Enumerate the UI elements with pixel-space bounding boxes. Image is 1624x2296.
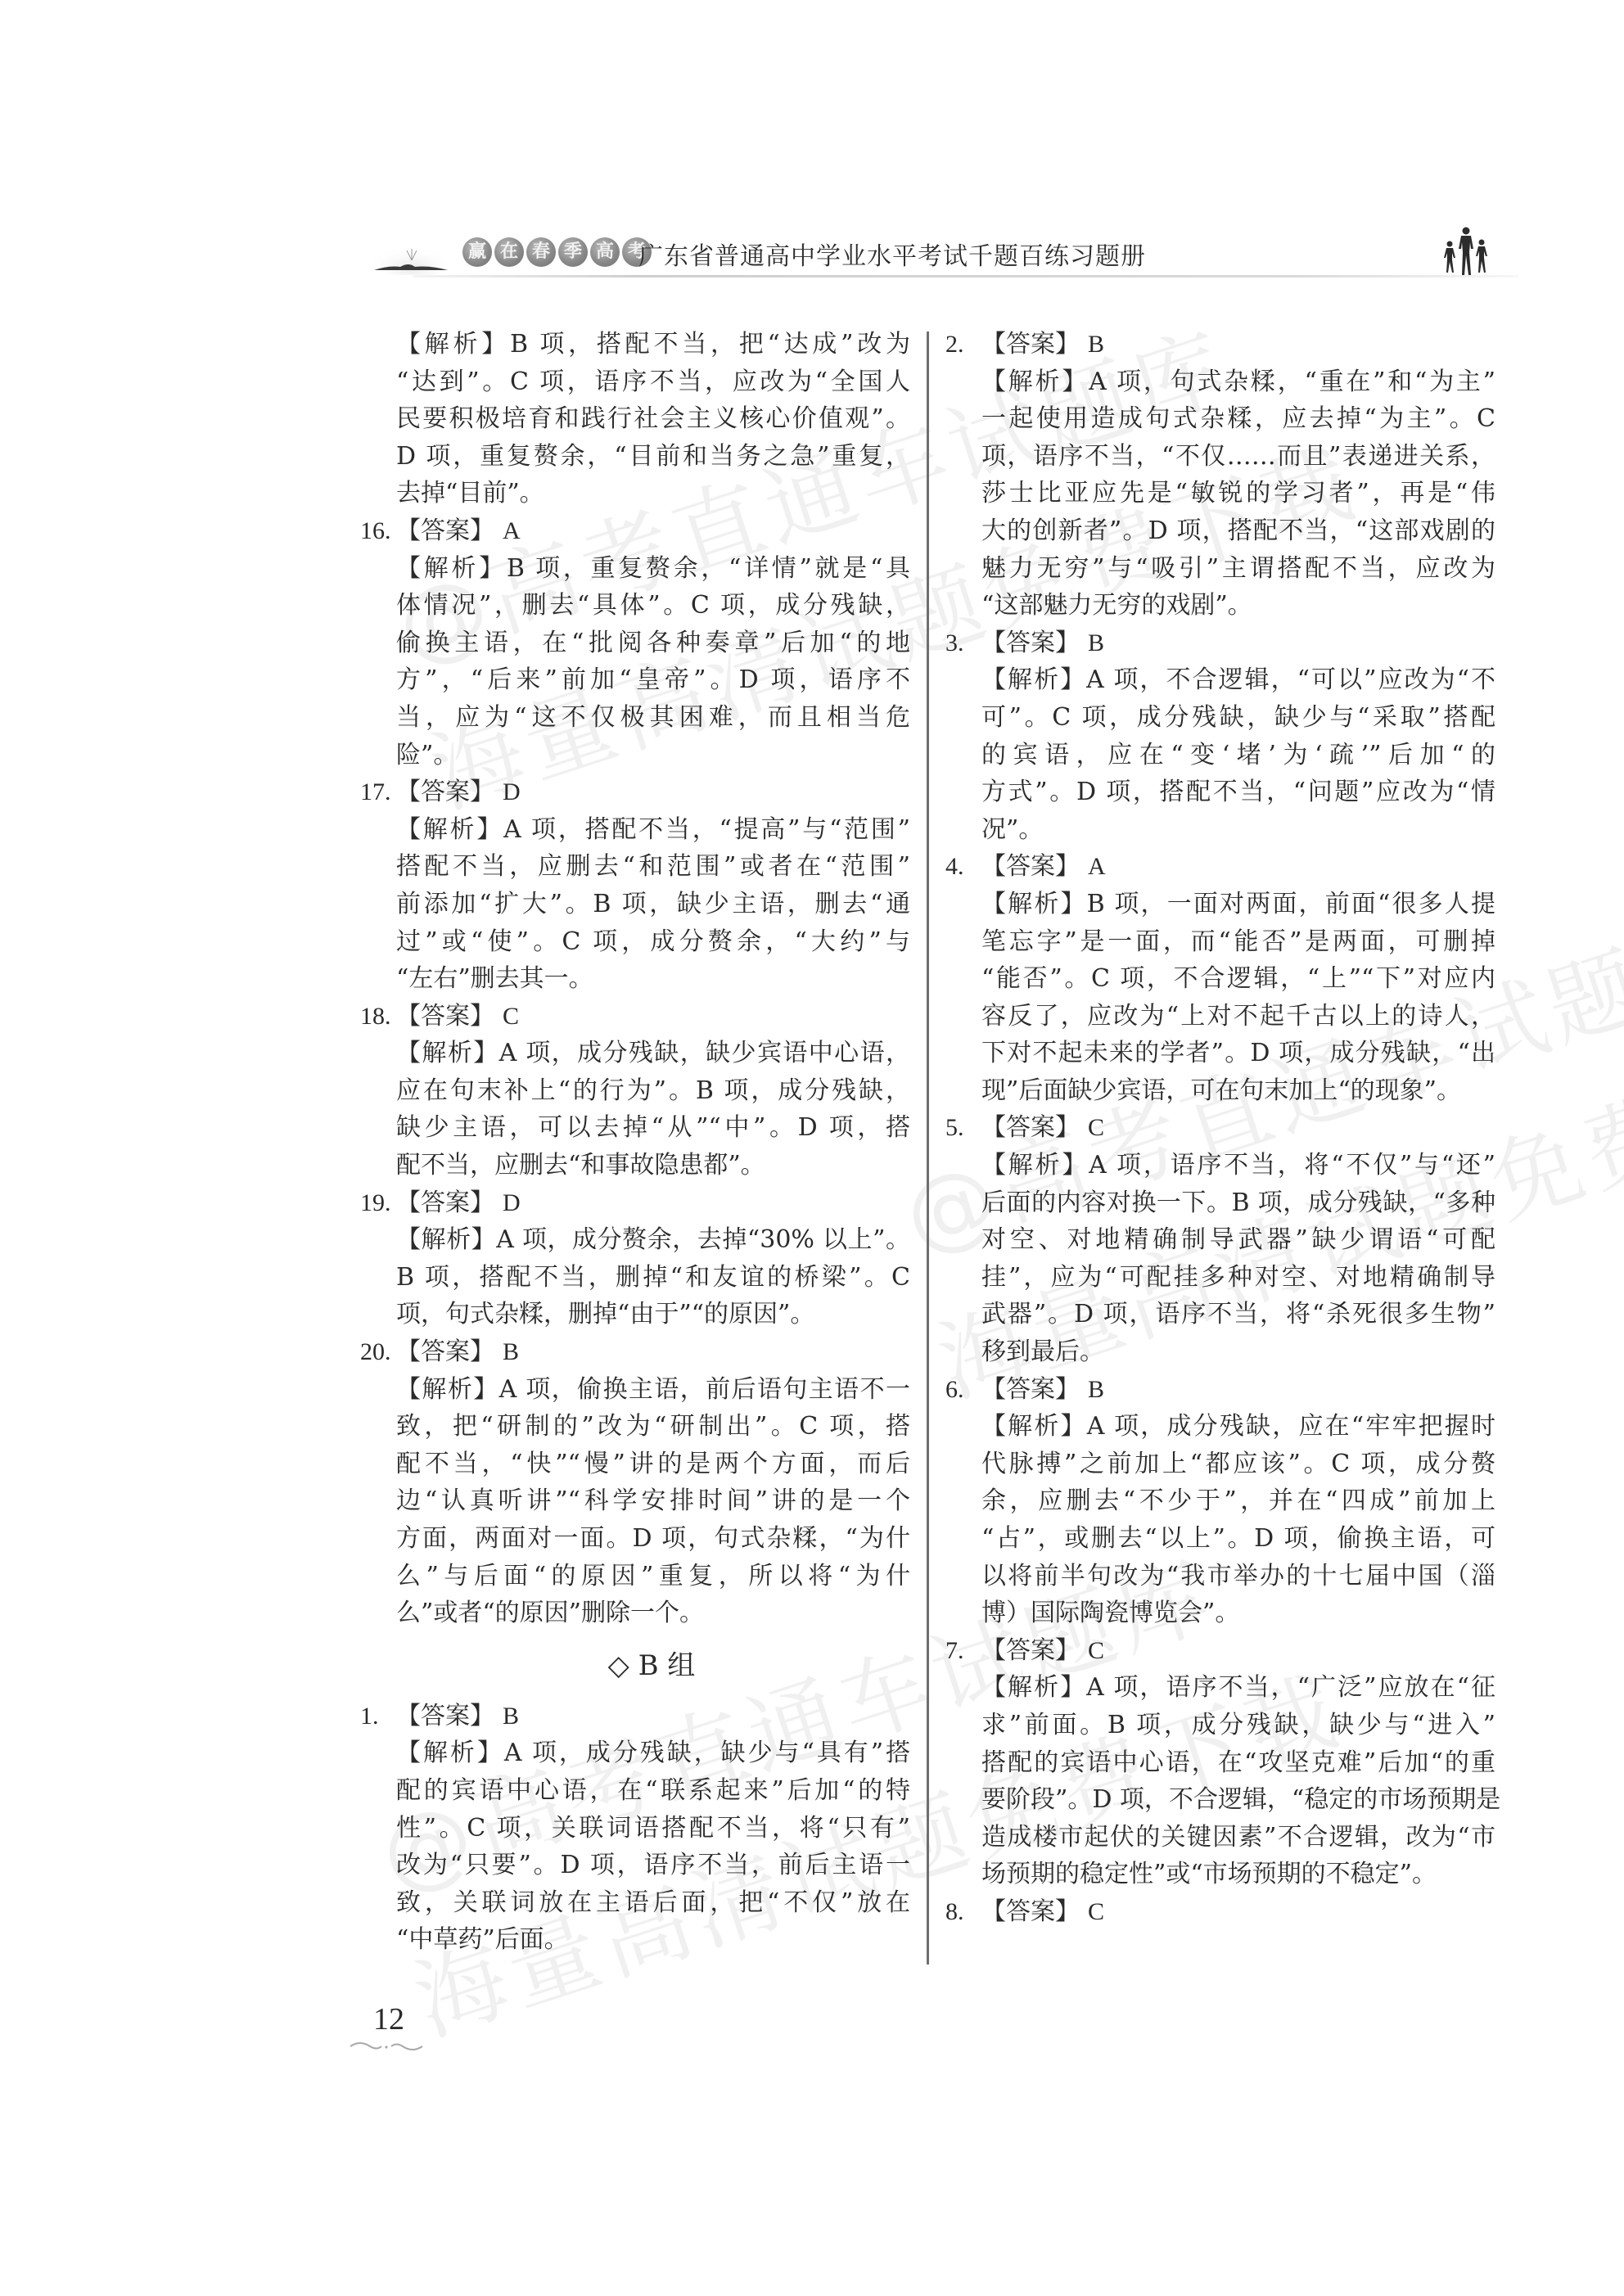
brand-badge-char: 季 [558, 237, 588, 267]
answer-label: 【答案】 [981, 1371, 1080, 1409]
item-number: 5. [945, 1109, 981, 1147]
item-number: 17. [360, 774, 396, 811]
answer-line: 19. 【答案】 D [360, 1184, 910, 1222]
answer-value: B [1088, 326, 1104, 363]
analysis-line: 要阶段”。D 项，不合逻辑，“稳定的市场预期是 [981, 1781, 1495, 1819]
analysis-line: 下对不起未来的学者”。D 项，成分残缺，“出 [981, 1035, 1495, 1072]
book-title: 广东省普通高中学业水平考试千题百练习题册 [638, 236, 1146, 272]
answer-label: 【答案】 [981, 326, 1080, 363]
answer-item-20: 20. 【答案】 B 【解析】A 项，偷换主语，前后语句主语不一 致，把“研制的… [360, 1333, 910, 1632]
answer-value: A [503, 512, 521, 550]
analysis-line: 缺少主语，可以去掉“从”“中”。D 项，搭 [396, 1109, 910, 1147]
analysis-line: 莎士比亚应先是“敏锐的学习者”，再是“伟 [981, 475, 1495, 512]
answer-value: C [1088, 1632, 1104, 1670]
analysis-line: 过”或“使”。C 项，成分赘余，“大约”与 [396, 923, 910, 961]
column-divider [927, 332, 929, 1964]
answer-line: 1. 【答案】 B [360, 1698, 910, 1735]
analysis-line: 配的宾语中心语，在“联系起来”后加“的特 [396, 1772, 910, 1810]
analysis-text: 【解析】A 项，成分赘余，去掉“30% 以上”。 B 项，搭配不当，删掉“和友谊… [396, 1221, 910, 1333]
runners-icon [1437, 226, 1494, 277]
answer-item-16: 16. 【答案】 A 【解析】B 项，重复赘余，“详情”就是“具 体情况”，删去… [360, 512, 910, 774]
analysis-line: 大的创新者”。D 项，搭配不当，“这部戏剧的 [981, 512, 1495, 550]
answer-item-b1: 1. 【答案】 B 【解析】A 项，成分残缺，缺少与“具有”搭 配的宾语中心语，… [360, 1698, 910, 1959]
analysis-text: 【解析】A 项，语序不当，“广泛”应放在“征 求”前面。B 项，成分残缺，缺少与… [981, 1669, 1495, 1893]
answer-line: 20. 【答案】 B [360, 1333, 910, 1371]
analysis-line: 方面，两面对一面。D 项，句式杂糅，“为什 [396, 1520, 910, 1558]
item-number: 3. [945, 625, 981, 662]
answer-item-2: 2. 【答案】 B 【解析】A 项，句式杂糅，“重在”和“为主” 一起使用造成句… [945, 326, 1495, 625]
analysis-line: “达到”。C 项，语序不当，应改为“全国人 [396, 363, 910, 401]
answer-label: 【答案】 [981, 1632, 1080, 1670]
analysis-line: 搭配不当，应删去“和范围”或者在“范围” [396, 848, 910, 886]
group-heading-b: ◇ B 组 [360, 1637, 910, 1694]
answer-item-6: 6. 【答案】 B 【解析】A 项，成分残缺，应在“牢牢把握时 代脉搏”之前加上… [945, 1371, 1495, 1632]
analysis-line: 当，应为“这不仅极其困难，而且相当危 [396, 699, 910, 737]
analysis-line: 致，把“研制的”改为“研制出”。C 项，搭 [396, 1408, 910, 1446]
analysis-line: 【解析】B 项，搭配不当，把“达成”改为 [396, 326, 910, 363]
answer-line: 16. 【答案】 A [360, 512, 910, 550]
analysis-line: 可”。C 项，成分残缺，缺少与“采取”搭配 [981, 699, 1495, 737]
analysis-text: 【解析】A 项，偷换主语，前后语句主语不一 致，把“研制的”改为“研制出”。C … [396, 1371, 910, 1632]
analysis-text: 【解析】A 项，句式杂糅，“重在”和“为主” 一起使用造成句式杂糅，应去掉“为主… [981, 363, 1495, 625]
answer-line: 2. 【答案】 B [945, 326, 1495, 363]
analysis-line: 以将前半句改为“我市举办的十七届中国（淄 [981, 1558, 1495, 1595]
brand-badge-char: 高 [590, 237, 620, 267]
answer-label: 【答案】 [981, 625, 1080, 662]
analysis-line: 武器”。D 项，语序不当，将“杀死很多生物” [981, 1296, 1495, 1333]
analysis-line: 【解析】A 项，语序不当，将“不仅”与“还” [981, 1147, 1495, 1184]
answer-line: 18. 【答案】 C [360, 998, 910, 1035]
analysis-line: 况”。 [981, 811, 1495, 849]
brand-badge-char: 春 [526, 237, 556, 267]
analysis-line: 方式”。D 项，搭配不当，“问题”应改为“情 [981, 774, 1495, 811]
answer-item-5: 5. 【答案】 C 【解析】A 项，语序不当，将“不仅”与“还” 后面的内容对换… [945, 1109, 1495, 1370]
answer-line: 5. 【答案】 C [945, 1109, 1495, 1147]
page-ornament-icon [345, 2040, 427, 2053]
answer-item-4: 4. 【答案】 A 【解析】B 项，一面对两面，前面“很多人提 笔忘字”是一面，… [945, 848, 1495, 1109]
answer-item-18: 18. 【答案】 C 【解析】A 项，成分残缺，缺少宾语中心语， 应在句末补上“… [360, 998, 910, 1184]
answer-value: B [503, 1698, 519, 1735]
analysis-line: 前添加“扩大”。B 项，缺少主语，删去“通 [396, 886, 910, 923]
analysis-line: 【解析】A 项，成分残缺，应在“牢牢把握时 [981, 1408, 1495, 1446]
answer-value: B [503, 1333, 519, 1371]
analysis-line: 致，关联词放在主语后面，把“不仅”放在 [396, 1884, 910, 1922]
analysis-line: “中草药”后面。 [396, 1921, 910, 1959]
analysis-line: 移到最后。 [981, 1333, 1495, 1371]
analysis-text: 【解析】A 项，成分残缺，缺少宾语中心语， 应在句末补上“的行为”。B 项，成分… [396, 1035, 910, 1184]
brand-badge-char: 赢 [462, 237, 492, 267]
analysis-line: 后面的内容对换一下。B 项，成分残缺，“多种 [981, 1184, 1495, 1222]
analysis-line: 【解析】B 项，一面对两面，前面“很多人提 [981, 886, 1495, 923]
item-number: 16. [360, 512, 396, 550]
analysis-line: 现”后面缺少宾语，可在句末加上“的现象”。 [981, 1072, 1495, 1110]
analysis-text: 【解析】B 项，重复赘余，“详情”就是“具 体情况”，删去“具体”。C 项，成分… [396, 550, 910, 774]
answer-line: 3. 【答案】 B [945, 625, 1495, 662]
answer-line: 6. 【答案】 B [945, 1371, 1495, 1409]
answer-item-8: 8. 【答案】 C [945, 1893, 1495, 1931]
page-number: 12 [373, 2001, 404, 2037]
analysis-text: 【解析】A 项，成分残缺，缺少与“具有”搭 配的宾语中心语，在“联系起来”后加“… [396, 1734, 910, 1959]
analysis-line: 魅力无穷”与“吸引”主谓搭配不当，应改为 [981, 550, 1495, 588]
answer-label: 【答案】 [396, 1184, 494, 1222]
answer-label: 【答案】 [981, 848, 1080, 886]
answer-value: C [503, 998, 519, 1035]
analysis-line: B 项，搭配不当，删掉“和友谊的桥梁”。C [396, 1259, 910, 1297]
answer-label: 【答案】 [981, 1893, 1080, 1931]
analysis-line: D 项，重复赘余，“目前和当务之急”重复， [396, 438, 910, 476]
brand-badges: 赢 在 春 季 高 考 [462, 237, 652, 267]
item-number: 7. [945, 1632, 981, 1670]
analysis-line: 去掉“目前”。 [396, 475, 910, 512]
analysis-text: 【解析】A 项，搭配不当，“提高”与“范围” 搭配不当，应删去“和范围”或者在“… [396, 811, 910, 998]
analysis-line: 代脉搏”之前加上“都应该”。C 项，成分赘 [981, 1446, 1495, 1483]
analysis-line: “左右”删去其一。 [396, 960, 910, 998]
analysis-line: 对空、对地精确制导武器”缺少谓语“可配 [981, 1221, 1495, 1259]
analysis-line: 么”或者“的原因”删除一个。 [396, 1595, 910, 1632]
analysis-line: 求”前面。B 项，成分残缺，缺少与“进入” [981, 1707, 1495, 1744]
analysis-line: 【解析】A 项，不合逻辑，“可以”应改为“不 [981, 661, 1495, 699]
analysis-line: 余，应删去“不少于”，并在“四成”前加上 [981, 1482, 1495, 1520]
analysis-line: 改为“只要”。D 项，语序不当，前后主语一 [396, 1847, 910, 1884]
item-number: 2. [945, 326, 981, 363]
analysis-line: 【解析】A 项，搭配不当，“提高”与“范围” [396, 811, 910, 849]
analysis-line: 场预期的稳定性”或“市场预期的不稳定”。 [981, 1856, 1495, 1893]
item-number: 18. [360, 998, 396, 1035]
analysis-line: 配不当，“快”“慢”讲的是两个方面，而后 [396, 1446, 910, 1483]
answer-item-19: 19. 【答案】 D 【解析】A 项，成分赘余，去掉“30% 以上”。 B 项，… [360, 1184, 910, 1333]
analysis-line: 应在句末补上“的行为”。B 项，成分残缺， [396, 1072, 910, 1110]
analysis-text: 【解析】A 项，成分残缺，应在“牢牢把握时 代脉搏”之前加上“都应该”。C 项，… [981, 1408, 1495, 1632]
item-number: 8. [945, 1893, 981, 1931]
analysis-line: 的宾语，应在“变‘堵’为‘疏’”后加“的 [981, 737, 1495, 774]
analysis-line: 险”。 [396, 737, 910, 774]
answer-item-7: 7. 【答案】 C 【解析】A 项，语序不当，“广泛”应放在“征 求”前面。B … [945, 1632, 1495, 1893]
analysis-line: 【解析】A 项，语序不当，“广泛”应放在“征 [981, 1669, 1495, 1707]
answer-value: B [1088, 625, 1104, 662]
answer-value: B [1088, 1371, 1104, 1409]
analysis-line: 配不当，应删去“和事故隐患都”。 [396, 1147, 910, 1184]
brand-badge-char: 在 [494, 237, 524, 267]
analysis-line: 容反了，应改为“上对不起千古以上的诗人， [981, 998, 1495, 1035]
analysis-line: 【解析】A 项，句式杂糅，“重在”和“为主” [981, 363, 1495, 401]
analysis-line: “占”，或删去“以上”。D 项，偷换主语，可 [981, 1520, 1495, 1558]
answer-value: D [503, 774, 521, 811]
analysis-line: 一起使用造成句式杂糅，应去掉“为主”。C [981, 400, 1495, 438]
item-number: 1. [360, 1698, 396, 1735]
answer-item-3: 3. 【答案】 B 【解析】A 项，不合逻辑，“可以”应改为“不 可”。C 项，… [945, 625, 1495, 849]
analysis-line: 体情况”，删去“具体”。C 项，成分残缺， [396, 587, 910, 625]
analysis-line: 边“认真听讲”“科学安排时间”讲的是一个 [396, 1482, 910, 1520]
answer-line: 8. 【答案】 C [945, 1893, 1495, 1931]
analysis-line: 【解析】A 项，成分残缺，缺少与“具有”搭 [396, 1734, 910, 1772]
analysis-line: 么”与后面“的原因”重复，所以将“为什 [396, 1558, 910, 1595]
analysis-line: 笔忘字”是一面，而“能否”是两面，可删掉 [981, 923, 1495, 961]
answer-label: 【答案】 [981, 1109, 1080, 1147]
answer-label: 【答案】 [396, 1698, 494, 1735]
analysis-line: 挂”，应为“可配挂多种对空、对地精确制导 [981, 1259, 1495, 1297]
analysis-line: 【解析】A 项，偷换主语，前后语句主语不一 [396, 1371, 910, 1409]
analysis-line: 博）国际陶瓷博览会”。 [981, 1595, 1495, 1632]
page-header: 赢 在 春 季 高 考 广东省普通高中学业水平考试千题百练习题册 [372, 229, 1518, 278]
answer-line: 4. 【答案】 A [945, 848, 1495, 886]
analysis-line: “这部魅力无穷的戏剧”。 [981, 587, 1495, 625]
answer-label: 【答案】 [396, 774, 494, 811]
analysis-line: 项，句式杂糅，删掉“由于”“的原因”。 [396, 1296, 910, 1333]
analysis-line: 性”。C 项，关联词语搭配不当，将“只有” [396, 1810, 910, 1847]
analysis-text: 【解析】B 项，搭配不当，把“达成”改为 “达到”。C 项，语序不当，应改为“全… [396, 326, 910, 512]
left-column: 【解析】B 项，搭配不当，把“达成”改为 “达到”。C 项，语序不当，应改为“全… [360, 326, 910, 1959]
analysis-line: 【解析】A 项，成分赘余，去掉“30% 以上”。 [396, 1221, 910, 1259]
answer-label: 【答案】 [396, 1333, 494, 1371]
analysis-text: 【解析】A 项，不合逻辑，“可以”应改为“不 可”。C 项，成分残缺，缺少与“采… [981, 661, 1495, 848]
analysis-line: 【解析】B 项，重复赘余，“详情”就是“具 [396, 550, 910, 588]
answer-label: 【答案】 [396, 512, 494, 550]
answer-value: C [1088, 1893, 1104, 1931]
answer-item-15-continued: 【解析】B 项，搭配不当，把“达成”改为 “达到”。C 项，语序不当，应改为“全… [360, 326, 910, 512]
header-rule [413, 275, 1518, 277]
item-number: 20. [360, 1333, 396, 1371]
analysis-line: 项，语序不当，“不仅……而且”表递进关系， [981, 438, 1495, 476]
analysis-line: 方”，“后来”前加“皇帝”。D 项，语序不 [396, 661, 910, 699]
analysis-line: 偷换主语，在“批阅各种奏章”后加“的地 [396, 625, 910, 662]
item-number: 4. [945, 848, 981, 886]
analysis-line: 【解析】A 项，成分残缺，缺少宾语中心语， [396, 1035, 910, 1072]
sunrise-logo-icon [372, 232, 450, 275]
analysis-line: “能否”。C 项，不合逻辑，“上”“下”对应内 [981, 960, 1495, 998]
answer-line: 17. 【答案】 D [360, 774, 910, 811]
answer-value: D [503, 1184, 521, 1222]
answer-item-17: 17. 【答案】 D 【解析】A 项，搭配不当，“提高”与“范围” 搭配不当，应… [360, 774, 910, 998]
answer-value: A [1088, 848, 1106, 886]
analysis-line: 造成楼市起伏的关键因素”不合逻辑，改为“市 [981, 1819, 1495, 1856]
item-number: 6. [945, 1371, 981, 1409]
answer-label: 【答案】 [396, 998, 494, 1035]
analysis-text: 【解析】B 项，一面对两面，前面“很多人提 笔忘字”是一面，而“能否”是两面，可… [981, 886, 1495, 1110]
right-column: 2. 【答案】 B 【解析】A 项，句式杂糅，“重在”和“为主” 一起使用造成句… [945, 326, 1495, 1931]
answer-line: 7. 【答案】 C [945, 1632, 1495, 1670]
item-number: 19. [360, 1184, 396, 1222]
analysis-line: 搭配的宾语中心语，在“攻坚克难”后加“的重 [981, 1744, 1495, 1782]
analysis-text: 【解析】A 项，语序不当，将“不仅”与“还” 后面的内容对换一下。B 项，成分残… [981, 1147, 1495, 1371]
answer-value: C [1088, 1109, 1104, 1147]
analysis-line: 民要积极培育和践行社会主义核心价值观”。 [396, 400, 910, 438]
